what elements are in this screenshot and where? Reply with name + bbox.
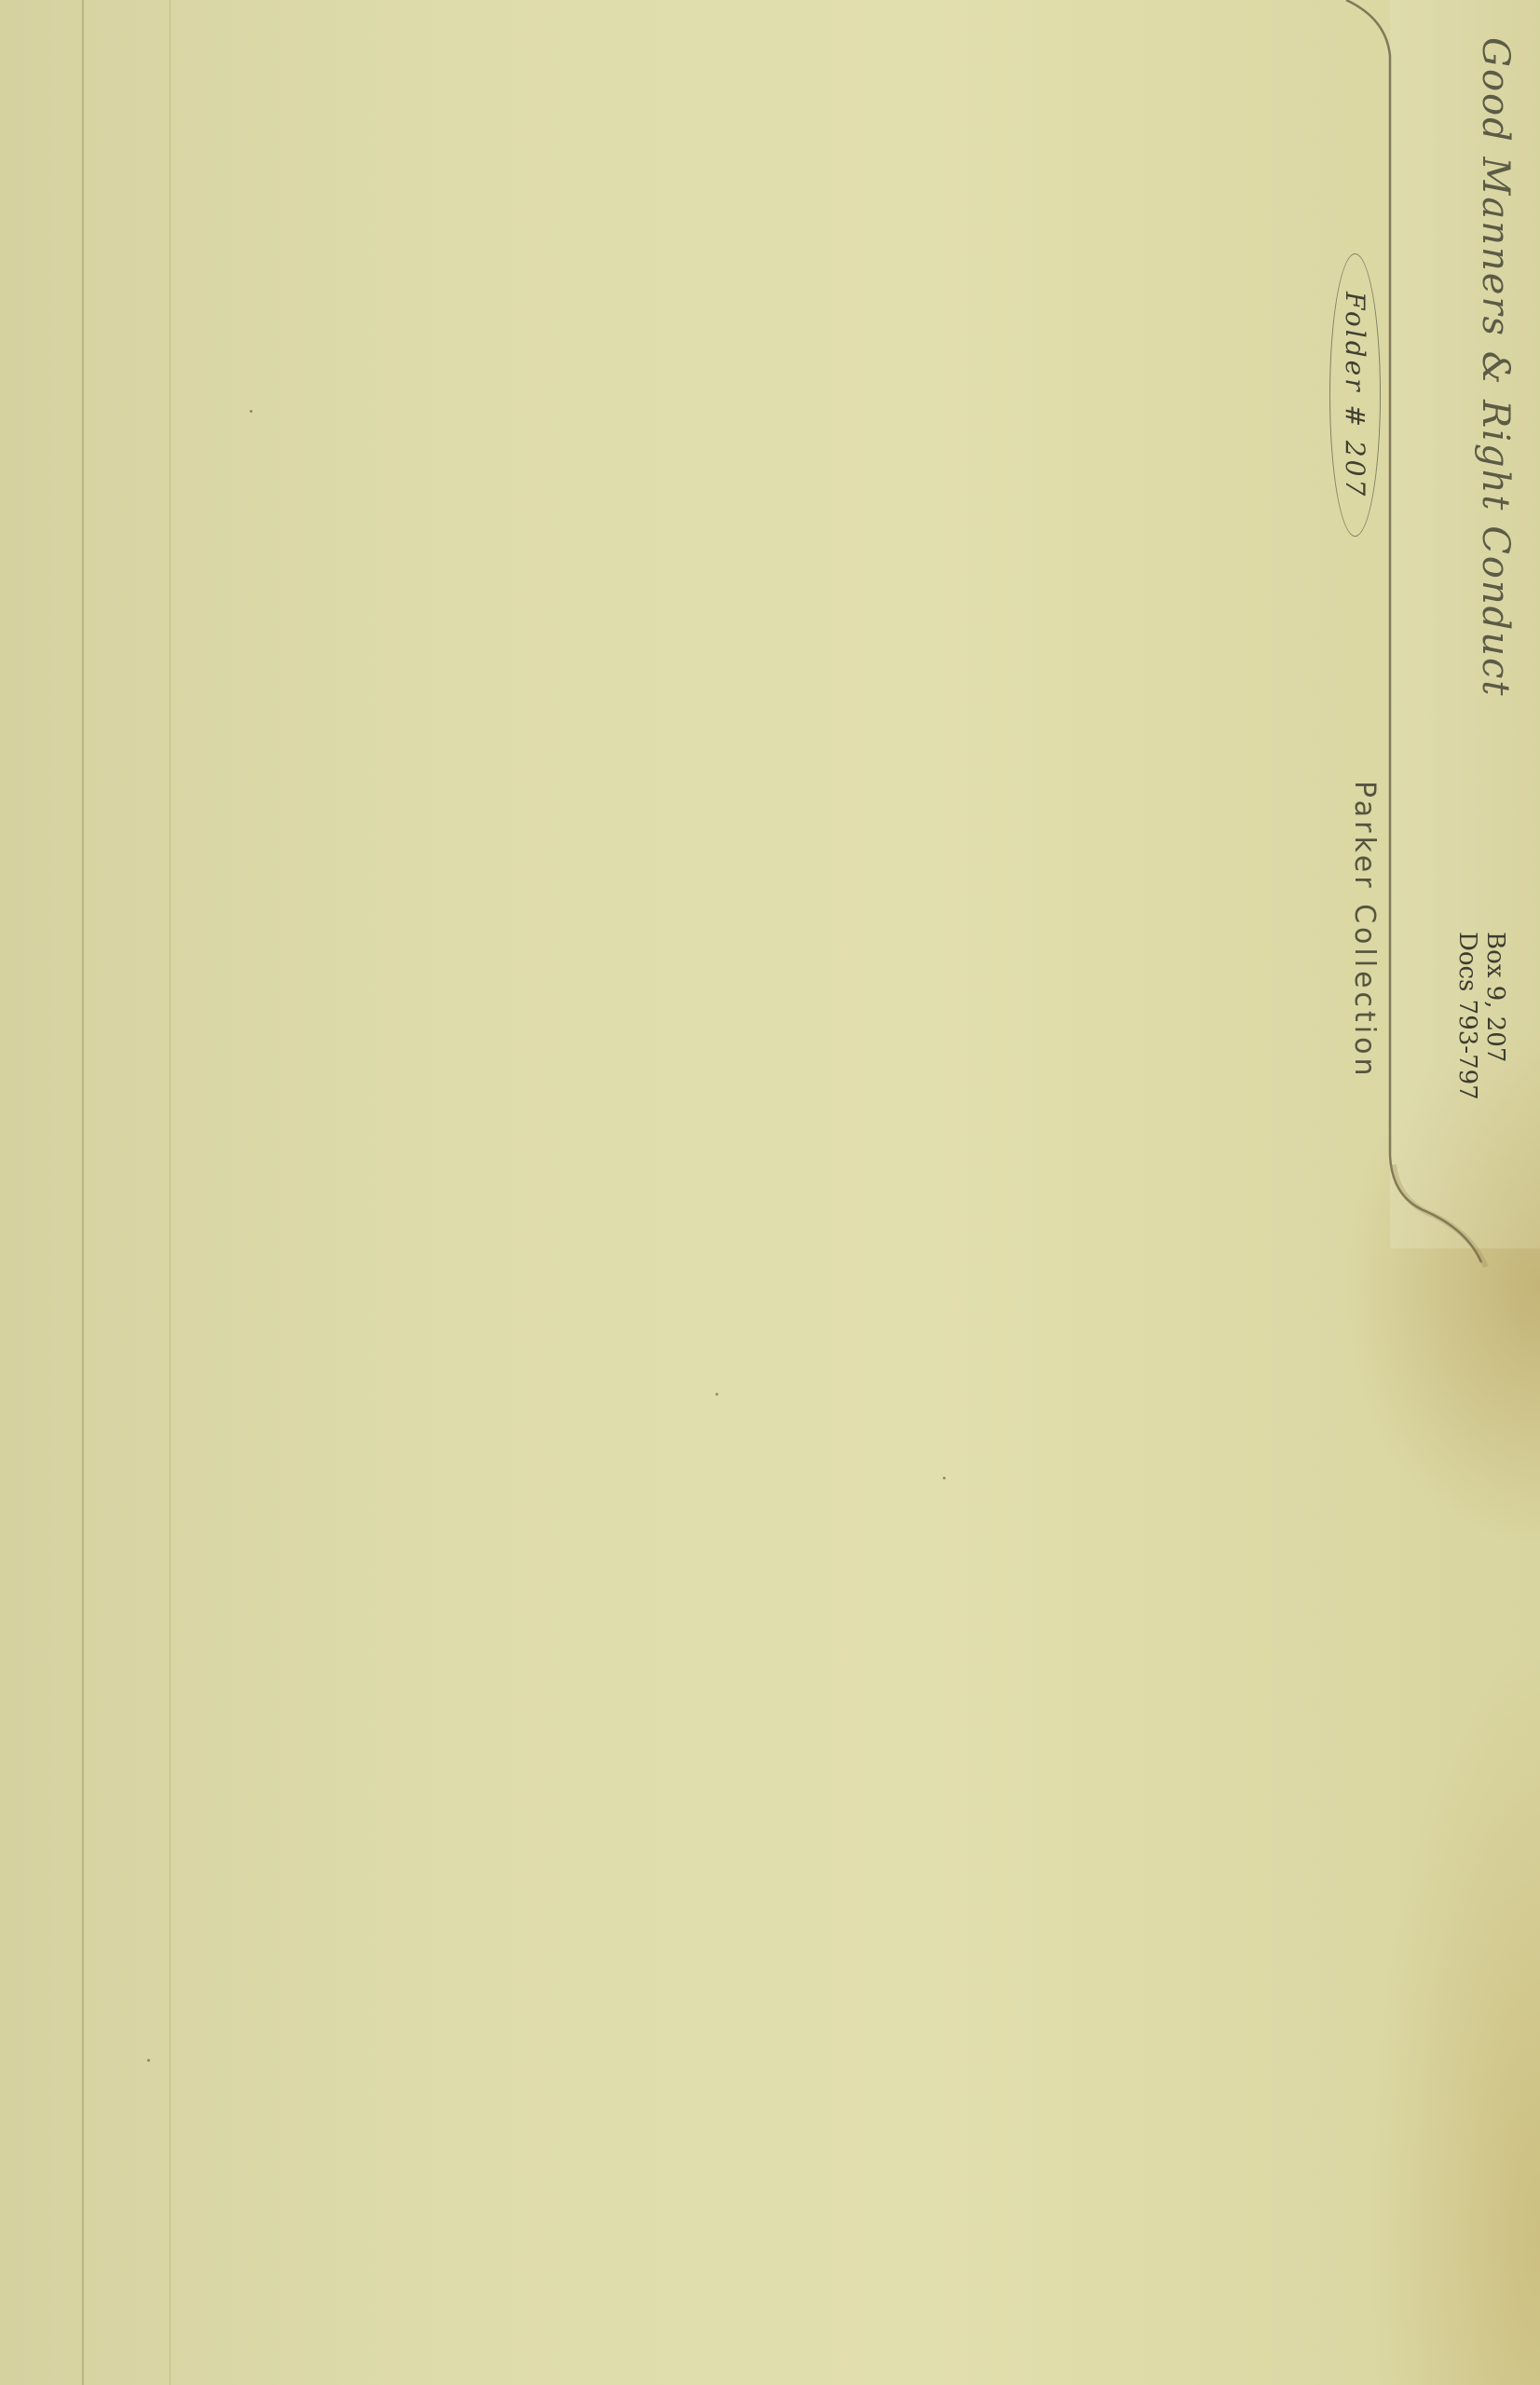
- tab-cut-edge: [0, 0, 1540, 2385]
- speck: [250, 410, 252, 413]
- speck: [147, 2059, 150, 2062]
- folder-number-label: Folder # 207: [1329, 253, 1381, 537]
- fold-crease: [82, 0, 84, 2385]
- fold-crease: [170, 0, 170, 2385]
- speck: [715, 1393, 718, 1396]
- speck: [943, 1477, 946, 1479]
- document-range: Docs 793-797: [1453, 932, 1481, 1100]
- box-reference: Box 9, 207 Docs 793-797: [1453, 932, 1509, 1100]
- box-number: Box 9, 207: [1481, 932, 1509, 1100]
- manila-folder: Good Manners & Right Conduct Folder # 20…: [0, 0, 1540, 2385]
- folder-title: Good Manners & Right Conduct: [1474, 37, 1517, 697]
- collection-name: Parker Collection: [1348, 781, 1381, 1079]
